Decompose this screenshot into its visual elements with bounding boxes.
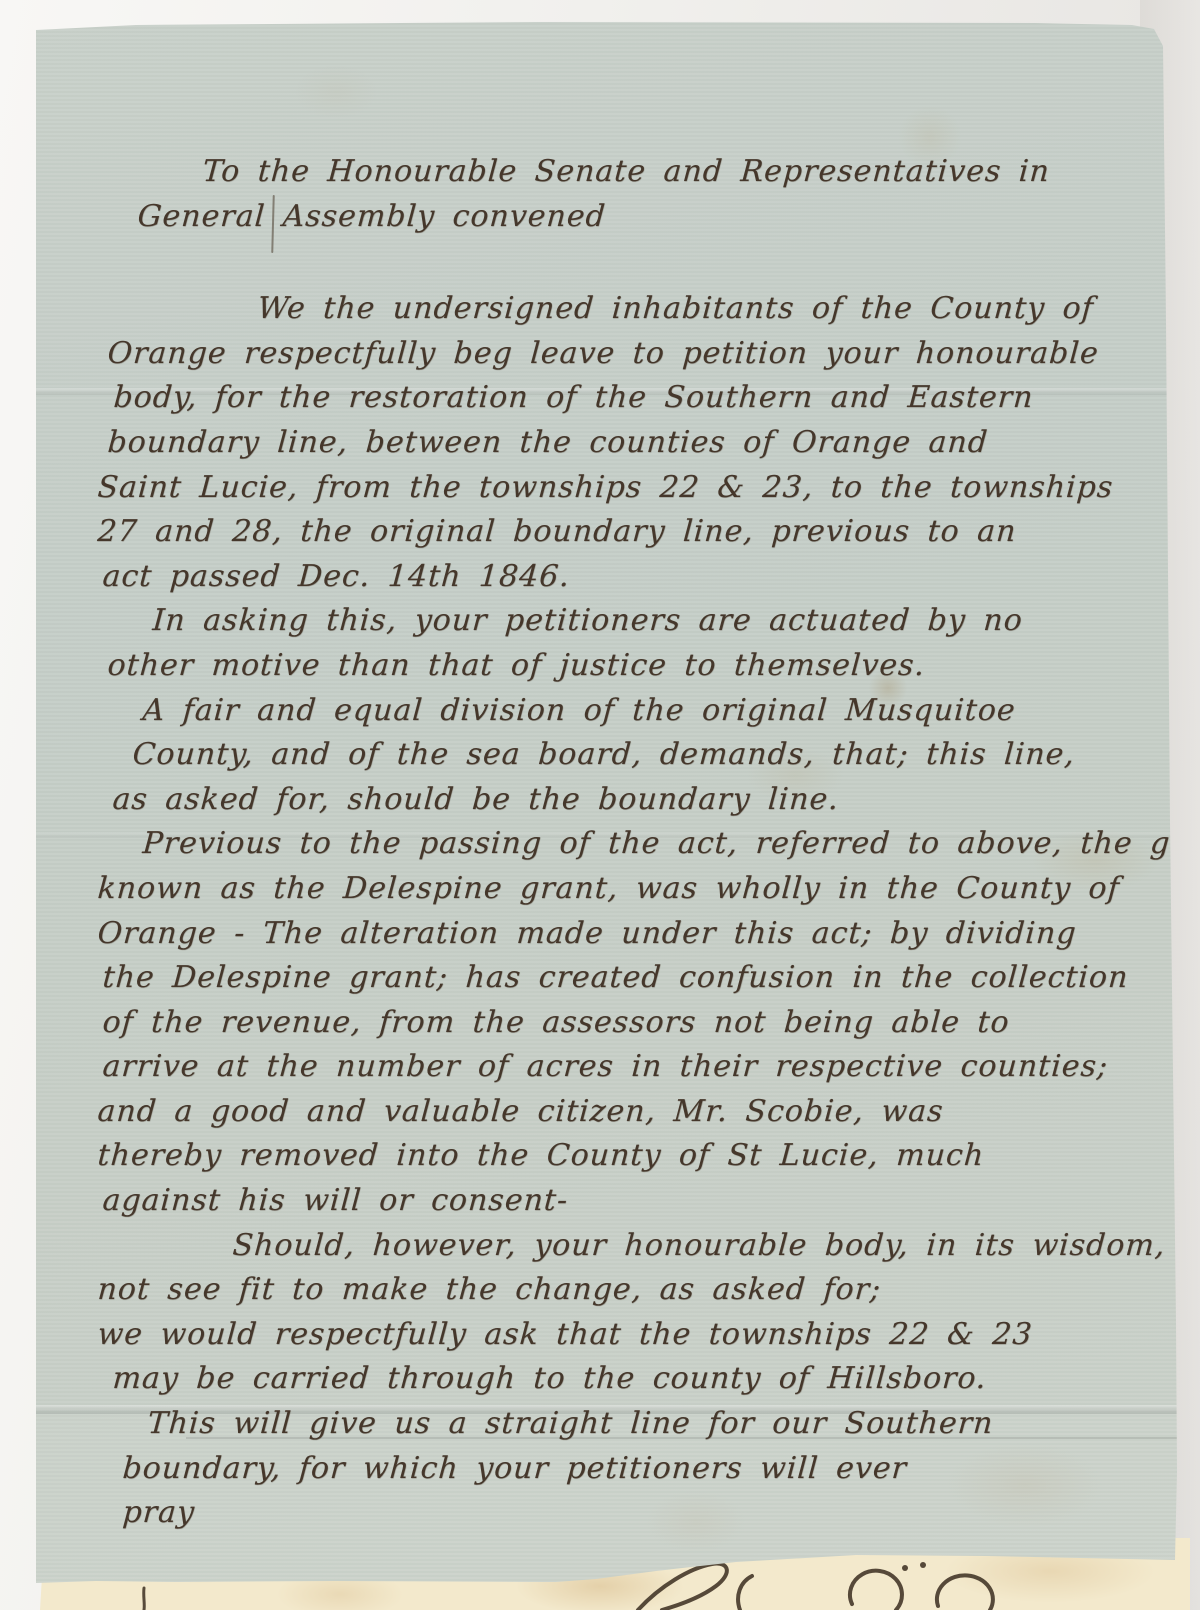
letter-line: Should, however, your honourable body, i… bbox=[96, 1224, 1179, 1269]
letter-line: Orange respectfully beg leave to petitio… bbox=[96, 332, 1179, 377]
letter-line: boundary line, between the counties of O… bbox=[96, 421, 1179, 466]
scanned-document-photo: { "colors": { "backdrop": "#f1f0ed", "pa… bbox=[0, 0, 1200, 1610]
letter-line: To the Honourable Senate and Representat… bbox=[96, 150, 1179, 195]
letter-page: To the Honourable Senate and Representat… bbox=[36, 22, 1178, 1583]
letter-line: Previous to the passing of the act, refe… bbox=[96, 822, 1179, 867]
letter-line: known as the Delespine grant, was wholly… bbox=[96, 867, 1179, 912]
letter-line: This will give us a straight line for ou… bbox=[96, 1402, 1179, 1447]
letter-line: Orange - The alteration made under this … bbox=[96, 912, 1179, 957]
letter-line: arrive at the number of acres in their r… bbox=[96, 1045, 1179, 1090]
letter-line: General Assembly convened bbox=[96, 195, 1179, 240]
letter-line: A fair and equal division of the origina… bbox=[96, 689, 1179, 734]
letter-line: We the undersigned inhabitants of the Co… bbox=[96, 287, 1179, 332]
letter-line: we would respectfully ask that the towns… bbox=[96, 1313, 1179, 1358]
letter-line: other motive than that of justice to the… bbox=[96, 644, 1179, 689]
letter-line: act passed Dec. 14th 1846. bbox=[96, 555, 1179, 600]
letter-line: In asking this, your petitioners are act… bbox=[96, 599, 1179, 644]
letter-line: of the revenue, from the assessors not b… bbox=[96, 1001, 1179, 1046]
letter-line: County, and of the sea board, demands, t… bbox=[96, 733, 1179, 778]
letter-line: the Delespine grant; has created confusi… bbox=[96, 956, 1179, 1001]
letter-line: 27 and 28, the original boundary line, p… bbox=[96, 510, 1179, 555]
letter-line: Saint Lucie, from the townships 22 & 23,… bbox=[96, 466, 1179, 511]
letter-body: To the Honourable Senate and Representat… bbox=[96, 150, 1176, 1536]
letter-line: as asked for, should be the boundary lin… bbox=[96, 778, 1179, 823]
letter-line: body, for the restoration of the Souther… bbox=[96, 376, 1179, 421]
letter-line: thereby removed into the County of St Lu… bbox=[96, 1134, 1179, 1179]
letter-line: boundary, for which your petitioners wil… bbox=[96, 1447, 1179, 1492]
letter-line: not see fit to make the change, as asked… bbox=[96, 1268, 1179, 1313]
letter-line: may be carried through to the county of … bbox=[96, 1357, 1179, 1402]
letter-line: and a good and valuable citizen, Mr. Sco… bbox=[96, 1090, 1179, 1135]
letter-line: against his will or consent- bbox=[96, 1179, 1179, 1224]
letter-line: pray bbox=[96, 1491, 1179, 1536]
